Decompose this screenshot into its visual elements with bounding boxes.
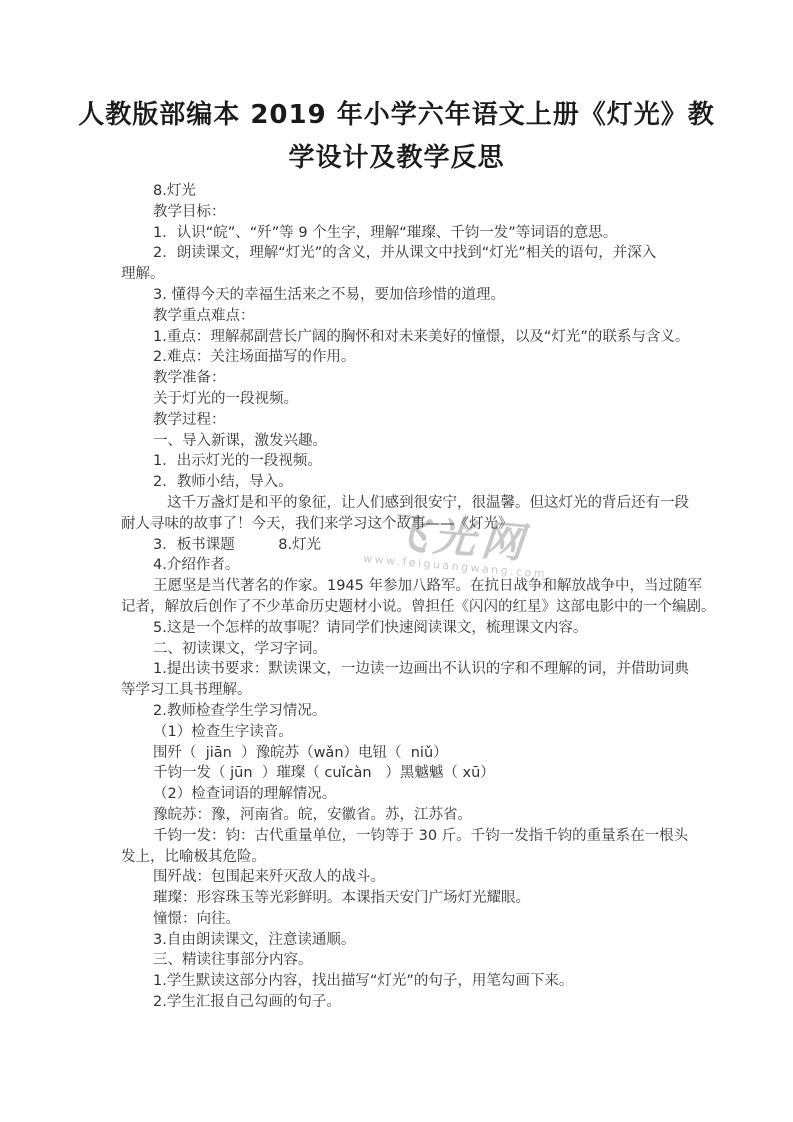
text-line: 围歼战：包围起来歼灭敌人的战斗。 [121,867,721,888]
text-line: 5.这是一个怎样的故事呢？请同学们快速阅读课文，梳理课文内容。 [121,618,721,639]
text-line: 这千万盏灯是和平的象征，让人们感到很安宁，很温馨。但这灯光的背后还有一段 [121,493,721,514]
document-page: 人教版部编本 2019 年小学六年语文上册《灯光》教 学设计及教学反思 飞光网 … [0,0,793,1122]
text-line: （2）检查词语的理解情况。 [121,784,721,805]
document-body: 8.灯光教学目标：1．认识“皖”、“歼”等 9 个生字，理解“璀璨、千钧一发”等… [121,181,721,1013]
text-line: 教学过程： [121,410,721,431]
text-line: 二、初读课文，学习字词。 [121,639,721,660]
text-line: 8.灯光 [121,181,721,202]
text-line: 王愿坚是当代著名的作家。1945 年参加八路军。在抗日战争和解放战争中，当过随军 [121,576,721,597]
text-line: 等学习工具书理解。 [121,680,721,701]
text-line: 关于灯光的一段视频。 [121,389,721,410]
text-line: 1.提出读书要求：默读课文，一边读一边画出不认识的字和不理解的词，并借助词典 [121,659,721,680]
text-line: 三、精读往事部分内容。 [121,950,721,971]
text-line: 2．教师小结，导入。 [121,472,721,493]
text-line: （1）检查生字读音。 [121,722,721,743]
text-line: 发上，比喻极其危险。 [121,847,721,868]
page-title-line-2: 学设计及教学反思 [60,137,733,180]
text-line: 教学准备： [121,368,721,389]
page-title: 人教版部编本 2019 年小学六年语文上册《灯光》教 学设计及教学反思 [60,94,733,180]
text-line: 千钧一发（ jūn ）璀璨（ cuǐcàn ）黑魆魆（ xū） [121,763,721,784]
page-title-line-1: 人教版部编本 2019 年小学六年语文上册《灯光》教 [60,94,733,137]
text-line: 3．板书课题 8.灯光 [121,535,721,556]
text-line: 豫皖苏：豫，河南省。皖，安徽省。苏，江苏省。 [121,805,721,826]
text-line: 2.学生汇报自己勾画的句子。 [121,992,721,1013]
text-line: 2.教师检查学生学习情况。 [121,701,721,722]
text-line: 千钧一发：钧：古代重量单位，一钧等于 30 斤。千钧一发指千钧的重量系在一根头 [121,826,721,847]
text-line: 3. 懂得今天的幸福生活来之不易，要加倍珍惜的道理。 [121,285,721,306]
text-line: 一、导入新课，激发兴趣。 [121,431,721,452]
text-line: 教学目标： [121,202,721,223]
text-line: 憧憬：向往。 [121,909,721,930]
text-line: 璀璨：形容珠玉等光彩鲜明。本课指天安门广场灯光耀眼。 [121,888,721,909]
text-line: 耐人寻味的故事了！今天，我们来学习这个故事——《灯光》 [121,514,721,535]
text-line: 理解。 [121,264,721,285]
text-line: 3.自由朗读课文，注意读通顺。 [121,930,721,951]
text-line: 1.学生默读这部分内容，找出描写“灯光”的句子，用笔勾画下来。 [121,971,721,992]
text-line: 4.介绍作者。 [121,555,721,576]
text-line: 2．朗读课文，理解“灯光”的含义，并从课文中找到“灯光”相关的语句，并深入 [121,243,721,264]
text-line: 教学重点难点： [121,306,721,327]
text-line: 记者，解放后创作了不少革命历史题材小说。曾担任《闪闪的红星》这部电影中的一个编剧… [121,597,721,618]
text-line: 2.难点：关注场面描写的作用。 [121,347,721,368]
text-line: 1.重点：理解郝副营长广阔的胸怀和对未来美好的憧憬，以及“灯光”的联系与含义。 [121,327,721,348]
text-line: 1．认识“皖”、“歼”等 9 个生字，理解“璀璨、千钧一发”等词语的意思。 [121,223,721,244]
text-line: 1．出示灯光的一段视频。 [121,451,721,472]
text-line: 围歼（ jiān ）豫皖苏（wǎn）电钮（ niǔ） [121,743,721,764]
